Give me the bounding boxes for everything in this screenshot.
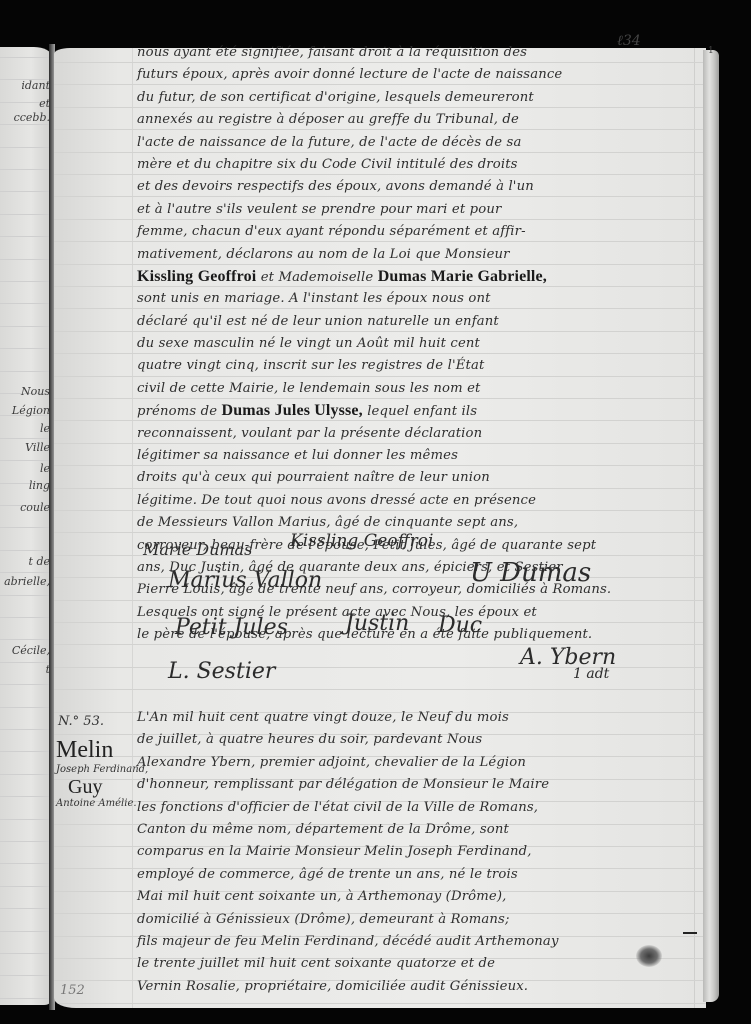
ruled-line — [0, 371, 52, 372]
text-line: du sexe masculin né le vingt un Août mil… — [137, 333, 702, 355]
ruled-line — [0, 975, 52, 976]
text-line: domicilié à Génissieux (Drôme), demeuran… — [137, 909, 702, 931]
text-line: le trente juillet mil huit cent soixante… — [137, 953, 702, 975]
text-line: employé de commerce, âgé de trente un an… — [137, 864, 702, 886]
text-line: Mai mil huit cent soixante un, à Arthemo… — [137, 886, 702, 908]
left-page-text-fragment: Légion — [12, 404, 50, 417]
text-line: légitimer sa naissance et lui donner les… — [137, 445, 702, 467]
bride-surname: Dumas — [378, 268, 427, 285]
ink-blot — [636, 945, 662, 967]
left-page-text-fragment: Ville — [25, 441, 50, 454]
text-line: du futur, de son certificat d'origine, l… — [137, 87, 702, 109]
left-page-text-fragment: idant — [21, 79, 50, 92]
ruled-line — [0, 639, 52, 640]
end-dash — [683, 932, 697, 934]
text-line: de Messieurs Vallon Marius, âgé de cinqu… — [137, 512, 702, 534]
margin-groom-surname: Melin — [56, 737, 136, 763]
scan-stage: idantetccebb.NousLégionleVillelelingcoul… — [0, 0, 751, 1024]
text-line: de juillet, à quatre heures du soir, par… — [137, 729, 702, 751]
ruled-line — [0, 998, 52, 999]
text-line: Lesquels ont signé le présent acte avec … — [137, 602, 702, 624]
text-line: Pierre Louis, âgé de trente neuf ans, co… — [137, 579, 702, 601]
ruled-line — [0, 707, 52, 708]
ruled-line — [0, 214, 52, 215]
second-act-text: L'An mil huit cent quatre vingt douze, l… — [137, 707, 702, 998]
groom-given-name: Geoffroi — [198, 268, 257, 285]
ruled-line — [0, 303, 52, 304]
ruled-line — [0, 595, 52, 596]
ruled-line — [54, 667, 706, 668]
margin-names: Melin Joseph Ferdinand, Guy Antoine Amél… — [56, 737, 136, 811]
text-line: corroyeur, beau-frère de l'épouse, Petit… — [137, 535, 702, 557]
left-page-text-fragment: ling — [29, 479, 50, 492]
child-prefix: prénoms de — [137, 404, 217, 419]
text-line: droits qu'à ceux qui pourraient naître d… — [137, 467, 702, 489]
text-line: le père de l'épouse, après que lecture e… — [137, 624, 702, 646]
text-line: civil de cette Mairie, le lendemain sous… — [137, 378, 702, 400]
left-page-text-fragment: t de — [29, 555, 50, 568]
text-line: et des devoirs respectifs des époux, avo… — [137, 176, 702, 198]
left-page-text-fragment: Cécile, — [12, 644, 50, 657]
ruled-line — [0, 819, 52, 820]
ruled-line — [0, 438, 52, 439]
left-page-text-fragment: Nous — [21, 385, 50, 398]
text-line: ans, Duc Justin, âgé de quarante deux an… — [137, 557, 702, 579]
margin-groom-given: Joseph Ferdinand, — [56, 763, 136, 777]
ruled-line — [54, 1003, 706, 1004]
ruled-line — [0, 863, 52, 864]
text-line: reconnaissent, voulant par la présente d… — [137, 423, 702, 445]
ruled-line — [0, 886, 52, 887]
names-connector: et Mademoiselle — [261, 270, 374, 285]
text-line: L'An mil huit cent quatre vingt douze, l… — [137, 707, 702, 729]
text-line: femme, chacun d'eux ayant répondu séparé… — [137, 221, 702, 243]
text-line: mère et du chapitre six du Code Civil in… — [137, 154, 702, 176]
left-page-text-fragment: abrielle, — [4, 575, 50, 588]
ruled-line — [0, 662, 52, 663]
ruled-line — [0, 348, 52, 349]
ruled-line — [0, 684, 52, 685]
child-given-name: Jules Ulysse, — [275, 402, 363, 419]
text-line: l'acte de naissance de la future, de l'a… — [137, 132, 702, 154]
ruled-line — [0, 841, 52, 842]
ruled-line — [0, 57, 52, 58]
text-line: Vernin Rosalie, propriétaire, domiciliée… — [137, 976, 702, 998]
ruled-line — [0, 931, 52, 932]
margin-bride-surname: Guy — [56, 777, 136, 797]
ruled-line — [0, 236, 52, 237]
left-page-text-fragment: coule — [20, 501, 50, 514]
child-surname: Dumas — [222, 402, 271, 419]
ruled-line — [0, 124, 52, 125]
ruled-line — [0, 147, 52, 148]
groom-surname: Kissling — [137, 268, 193, 285]
margin-bride-given: Antoine Amélie. — [56, 797, 136, 811]
text-line: comparus en la Mairie Monsieur Melin Jos… — [137, 841, 702, 863]
text-line: fils majeur de feu Melin Ferdinand, décé… — [137, 931, 702, 953]
text-line: Alexandre Ybern, premier adjoint, cheval… — [137, 752, 702, 774]
text-line: nous ayant été signifiée, faisant droit … — [137, 42, 702, 64]
left-page-text-fragment: ccebb. — [14, 111, 50, 124]
text-line: et à l'autre s'ils veulent se prendre po… — [137, 199, 702, 221]
text-line: sont unis en mariage. A l'instant les ép… — [137, 288, 702, 310]
folio-number: 152 — [60, 983, 85, 998]
text-line: déclaré qu'il est né de leur union natur… — [137, 311, 702, 333]
page-stack-edges — [703, 50, 719, 1002]
ruled-line — [0, 774, 52, 775]
bride-given-name: Marie Gabrielle, — [431, 268, 547, 285]
child-line: prénoms de Dumas Jules Ulysse, lequel en… — [137, 400, 702, 422]
names-line: Kissling Geoffroi et Mademoiselle Dumas … — [137, 266, 702, 288]
ruled-line — [0, 617, 52, 618]
ruled-line — [0, 953, 52, 954]
child-suffix: lequel enfant ils — [367, 404, 477, 419]
first-act-text: nous ayant été signifiée, faisant droit … — [137, 42, 702, 647]
left-page-fragment: idantetccebb.NousLégionleVillelelingcoul… — [0, 47, 52, 1005]
text-line: futurs époux, après avoir donné lecture … — [137, 64, 702, 86]
entry-number: N.° 53. — [58, 714, 104, 729]
ruled-line — [0, 191, 52, 192]
text-line: annexés au registre à déposer au greffe … — [137, 109, 702, 131]
ruled-line — [0, 326, 52, 327]
text-line: mativement, déclarons au nom de la Loi q… — [137, 244, 702, 266]
text-line: quatre vingt cinq, inscrit sur les regis… — [137, 355, 702, 377]
text-line: légitime. De tout quoi nous avons dressé… — [137, 490, 702, 512]
ruled-line — [0, 527, 52, 528]
ruled-line — [0, 751, 52, 752]
margin-rule — [132, 48, 133, 1008]
ruled-line — [0, 796, 52, 797]
text-line: Canton du même nom, département de la Dr… — [137, 819, 702, 841]
text-line: d'honneur, remplissant par délégation de… — [137, 774, 702, 796]
ruled-line — [0, 550, 52, 551]
ruled-line — [0, 908, 52, 909]
ruled-line — [0, 169, 52, 170]
ruled-line — [0, 281, 52, 282]
page-edge-mark: 1 — [708, 46, 714, 56]
ruled-line — [0, 572, 52, 573]
ruled-line — [0, 259, 52, 260]
ruled-line — [54, 689, 706, 690]
text-line: les fonctions d'officier de l'état civil… — [137, 797, 702, 819]
ruled-line — [0, 729, 52, 730]
